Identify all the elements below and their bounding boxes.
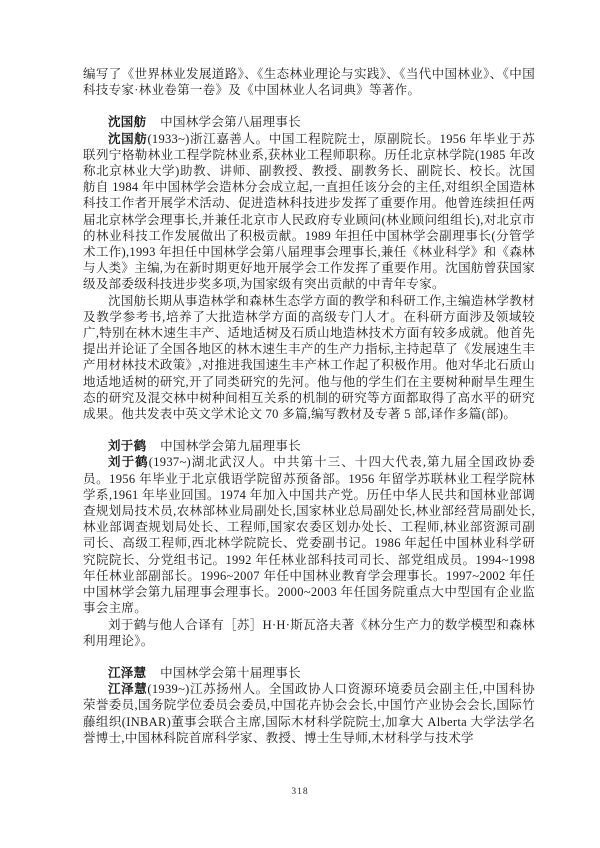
intro-paragraph: 编写了《世界林业发展道路》、《生态林业理论与实践》、《当代中国林业》、《中国科技… (83, 66, 535, 98)
section-header-jiang-zehui: 江泽慧中国林学会第十届理事长 (83, 665, 535, 681)
bio-text: (1933~)浙江嘉善人。中国工程院院士，原副院长。1956 年毕业于苏联列宁格… (83, 132, 535, 292)
bio-text: (1937~)湖北武汉人。中共第十三、十四大代表,第九届全国政协委员。1956 … (83, 455, 535, 615)
bio-paragraph: 沈国舫(1933~)浙江嘉善人。中国工程院院士，原副院长。1956 年毕业于苏联… (83, 131, 535, 293)
bio-text: (1939~)江苏扬州人。全国政协人口资源环境委员会副主任,中国科协荣誉委员,国… (83, 682, 535, 745)
section-header-liu-yuhe: 刘于鹤中国林学会第九届理事长 (83, 438, 535, 454)
bio-paragraph: 刘于鹤与他人合译有［苏］H·H·斯瓦洛夫著《林分生产力的数学模型和森林利用理论》… (83, 617, 535, 649)
bio-paragraph: 沈国舫长期从事造林学和森林生态学方面的教学和科研工作,主编造林学教材及教学参考书… (83, 293, 535, 423)
bio-lead-name: 刘于鹤 (108, 455, 149, 469)
person-title: 中国林学会第八届理事长 (160, 115, 301, 129)
section-header-shen-guofang: 沈国舫中国林学会第八届理事长 (83, 114, 535, 130)
page-content: 编写了《世界林业发展道路》、《生态林业理论与实践》、《当代中国林业》、《中国科技… (83, 66, 535, 746)
page-number: 318 (0, 787, 600, 797)
person-title: 中国林学会第九届理事长 (160, 439, 301, 453)
bio-lead-name: 沈国舫 (108, 132, 147, 146)
person-name: 江泽慧 (108, 666, 146, 680)
bio-paragraph: 江泽慧(1939~)江苏扬州人。全国政协人口资源环境委员会副主任,中国科协荣誉委… (83, 681, 535, 746)
person-title: 中国林学会第十届理事长 (160, 666, 301, 680)
document-page: 编写了《世界林业发展道路》、《生态林业理论与实践》、《当代中国林业》、《中国科技… (0, 0, 600, 848)
person-name: 沈国舫 (108, 115, 146, 129)
bio-paragraph: 刘于鹤(1937~)湖北武汉人。中共第十三、十四大代表,第九届全国政协委员。19… (83, 454, 535, 616)
person-name: 刘于鹤 (108, 439, 146, 453)
bio-lead-name: 江泽慧 (108, 682, 147, 696)
